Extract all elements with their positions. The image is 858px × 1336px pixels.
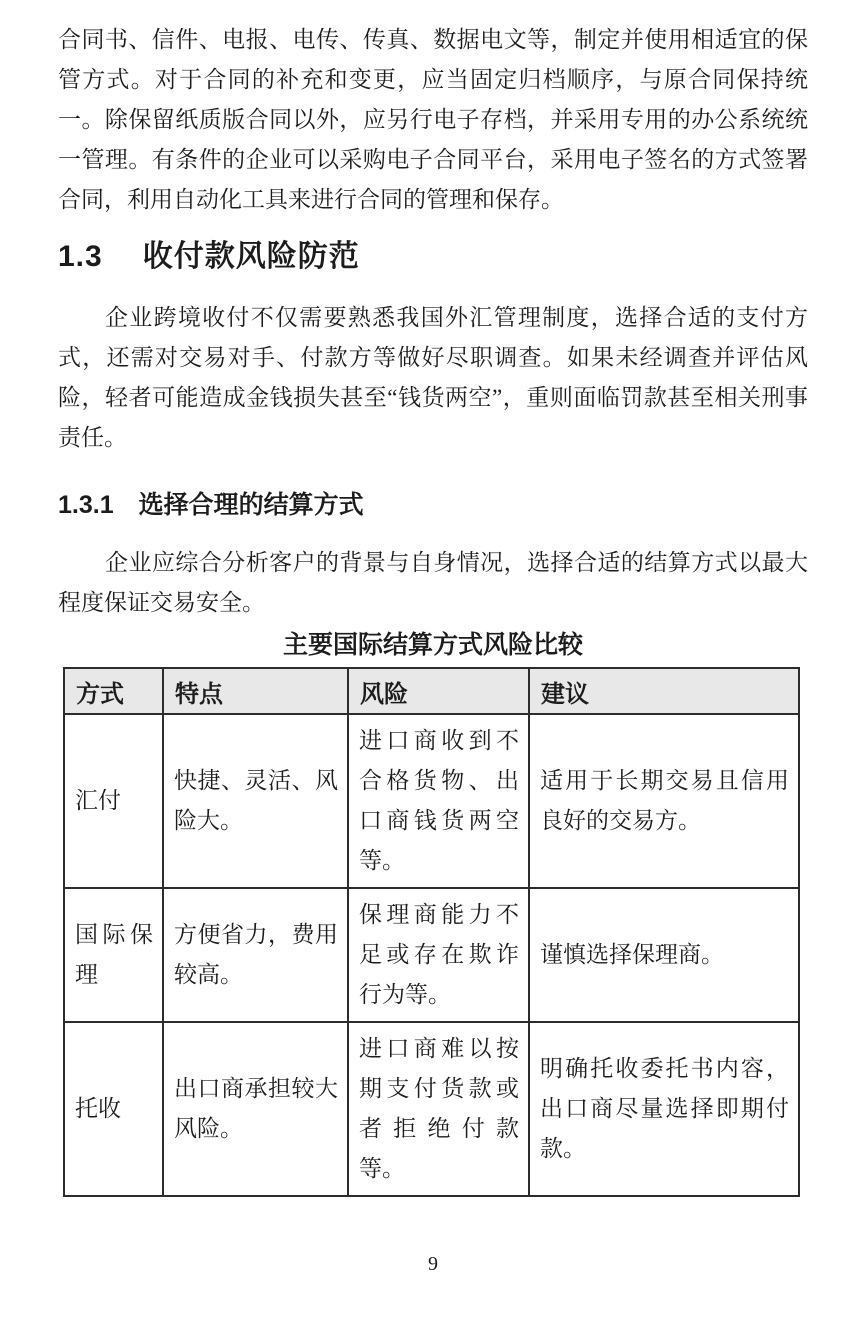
table-caption: 主要国际结算方式风险比较: [58, 629, 808, 661]
section-number: 1.3: [58, 237, 103, 276]
body-paragraph-settlement: 企业应综合分析客户的背景与自身情况，选择合适的结算方式以最大程度保证交易安全。: [58, 543, 808, 623]
cell-advice: 适用于长期交易且信用良好的交易方。: [529, 714, 799, 888]
subsection-heading: 1.3.1选择合理的结算方式: [58, 488, 808, 522]
subsection-title: 选择合理的结算方式: [139, 491, 364, 519]
cell-advice: 谨慎选择保理商。: [529, 888, 799, 1022]
cell-advice: 明确托收委托书内容，出口商尽量选择即期付款。: [529, 1022, 799, 1196]
subsection-number: 1.3.1: [58, 488, 114, 522]
section-heading: 1.3收付款风险防范: [58, 237, 808, 276]
table-row-collection: 托收 出口商承担较大风险。 进口商难以按期支付货款或者拒绝付款等。 明确托收委托…: [64, 1022, 799, 1196]
cell-feature: 出口商承担较大风险。: [163, 1022, 348, 1196]
cell-feature: 方便省力，费用较高。: [163, 888, 348, 1022]
table-header-row: 方式 特点 风险 建议: [64, 668, 799, 714]
cell-method: 托收: [64, 1022, 163, 1196]
cell-risk: 保理商能力不足或存在欺诈行为等。: [348, 888, 529, 1022]
cell-risk: 进口商收到不合格货物、出口商钱货两空等。: [348, 714, 529, 888]
table-header-risk: 风险: [348, 668, 529, 714]
settlement-comparison-table: 方式 特点 风险 建议 汇付 快捷、灵活、风险大。 进口商收到不合格货物、出口商…: [63, 667, 800, 1197]
section-title: 收付款风险防范: [143, 240, 360, 273]
table-header-method: 方式: [64, 668, 163, 714]
table-row-factoring: 国际保理 方便省力，费用较高。 保理商能力不足或存在欺诈行为等。 谨慎选择保理商…: [64, 888, 799, 1022]
body-paragraph-payment-risk: 企业跨境收付不仅需要熟悉我国外汇管理制度，选择合适的支付方式，还需对交易对手、付…: [58, 298, 808, 458]
cell-method: 国际保理: [64, 888, 163, 1022]
table-header-advice: 建议: [529, 668, 799, 714]
table-header-feature: 特点: [163, 668, 348, 714]
table-row-remittance: 汇付 快捷、灵活、风险大。 进口商收到不合格货物、出口商钱货两空等。 适用于长期…: [64, 714, 799, 888]
cell-feature: 快捷、灵活、风险大。: [163, 714, 348, 888]
page-number: 9: [58, 1253, 808, 1276]
document-page: 合同书、信件、电报、电传、传真、数据电文等，制定并使用相适宜的保管方式。对于合同…: [0, 0, 858, 1336]
cell-method: 汇付: [64, 714, 163, 888]
cell-risk: 进口商难以按期支付货款或者拒绝付款等。: [348, 1022, 529, 1196]
body-paragraph-contracts: 合同书、信件、电报、电传、传真、数据电文等，制定并使用相适宜的保管方式。对于合同…: [58, 20, 808, 220]
